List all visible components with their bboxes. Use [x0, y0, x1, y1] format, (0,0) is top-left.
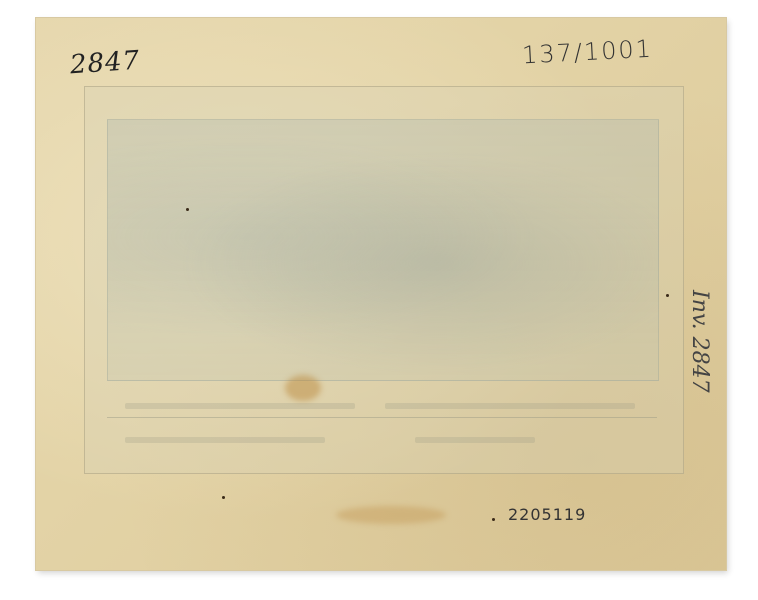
foxing-stain [285, 375, 321, 401]
handwritten-number-top-left: 2847 [69, 46, 141, 81]
foxing-spot [492, 518, 495, 521]
foxing-stain [336, 506, 446, 524]
caption-rule [107, 417, 657, 418]
caption-text-show-through [125, 437, 325, 443]
caption-text-show-through [125, 403, 355, 409]
plate-mark [84, 86, 684, 474]
foxing-spot [666, 294, 669, 297]
caption-text-show-through [415, 437, 535, 443]
engraving-show-through [107, 119, 659, 381]
foxing-spot [186, 208, 189, 211]
handwritten-inventory-number: Inv. 2847 [687, 290, 712, 393]
handwritten-number-bottom: 2205119 [508, 505, 586, 524]
caption-text-show-through [385, 403, 635, 409]
foxing-spot [222, 496, 225, 499]
paper-sheet [36, 18, 726, 570]
